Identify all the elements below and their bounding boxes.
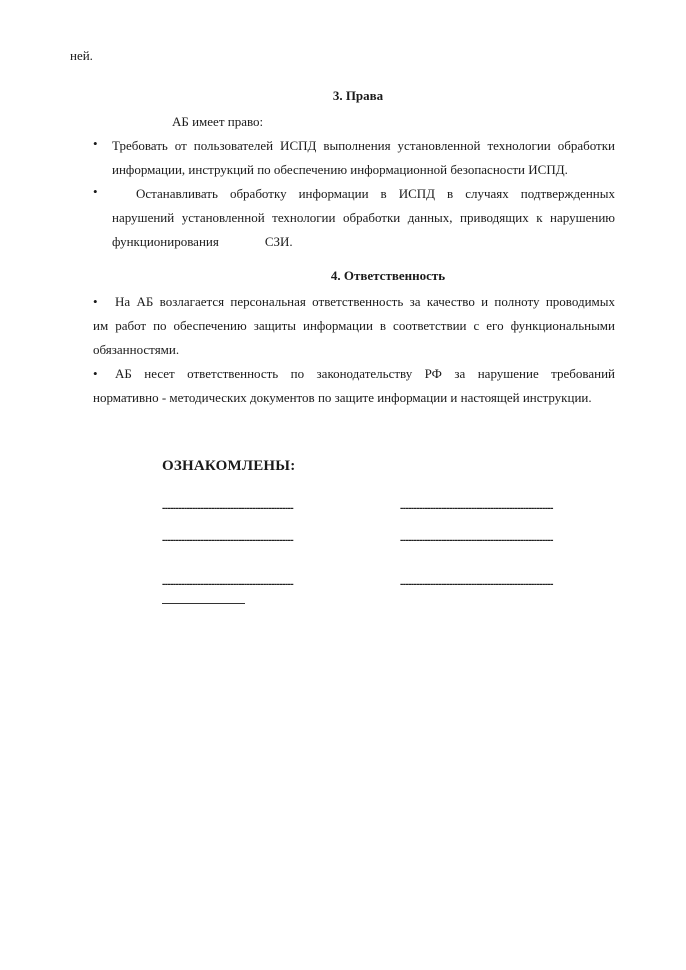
text-line: обязанностями. xyxy=(93,338,615,362)
text-line: Останавливать обработку информации в ИСП… xyxy=(112,182,615,206)
bullet-icon: • xyxy=(93,362,115,386)
text-line: нарушений установленной технологии обраб… xyxy=(112,206,615,230)
acknowledgement-heading: ОЗНАКОМЛЕНЫ: xyxy=(162,458,295,475)
signature-line: ----------------------------------------… xyxy=(400,503,612,514)
signature-line: ----------------------------------------… xyxy=(400,579,612,590)
text-line: информации, инструкций по обеспечению ин… xyxy=(112,158,615,182)
rights-item-1: Требовать от пользователей ИСПД выполнен… xyxy=(112,134,615,182)
continuation-text: ней. xyxy=(70,48,93,64)
text-line: •АБ несет ответственность по законодател… xyxy=(93,362,615,386)
text-fragment: СЗИ. xyxy=(265,234,293,249)
text-line: им работ по обеспечению защиты информаци… xyxy=(93,314,615,338)
rights-intro: АБ имеет право: xyxy=(172,114,263,130)
responsibility-item-2: •АБ несет ответственность по законодател… xyxy=(93,362,615,410)
responsibility-item-1: •На АБ возлагается персональная ответств… xyxy=(93,290,615,362)
text-line: нормативно - методических документов по … xyxy=(93,386,615,410)
bullet-icon: • xyxy=(93,184,98,200)
text-fragment: На АБ возлагается персональная ответстве… xyxy=(115,294,615,309)
signature-underline xyxy=(162,603,245,604)
bullet-icon: • xyxy=(93,136,98,152)
signature-line: ----------------------------------------… xyxy=(162,503,356,514)
text-line: функционированияСЗИ. xyxy=(112,230,615,254)
section-heading-responsibility: 4. Ответственность xyxy=(0,268,686,284)
rights-item-2: Останавливать обработку информации в ИСП… xyxy=(112,182,615,254)
text-line: •На АБ возлагается персональная ответств… xyxy=(93,290,615,314)
signature-line: ----------------------------------------… xyxy=(400,535,612,546)
section-heading-rights: 3. Права xyxy=(0,88,686,104)
text-fragment: функционирования xyxy=(112,234,219,249)
document-page: ней. 3. Права АБ имеет право: • Требоват… xyxy=(0,0,686,970)
signature-line: ----------------------------------------… xyxy=(162,535,356,546)
bullet-icon: • xyxy=(93,290,115,314)
text-line: Требовать от пользователей ИСПД выполнен… xyxy=(112,134,615,158)
text-fragment: АБ несет ответственность по законодатель… xyxy=(115,366,615,381)
signature-line: ----------------------------------------… xyxy=(162,579,356,590)
